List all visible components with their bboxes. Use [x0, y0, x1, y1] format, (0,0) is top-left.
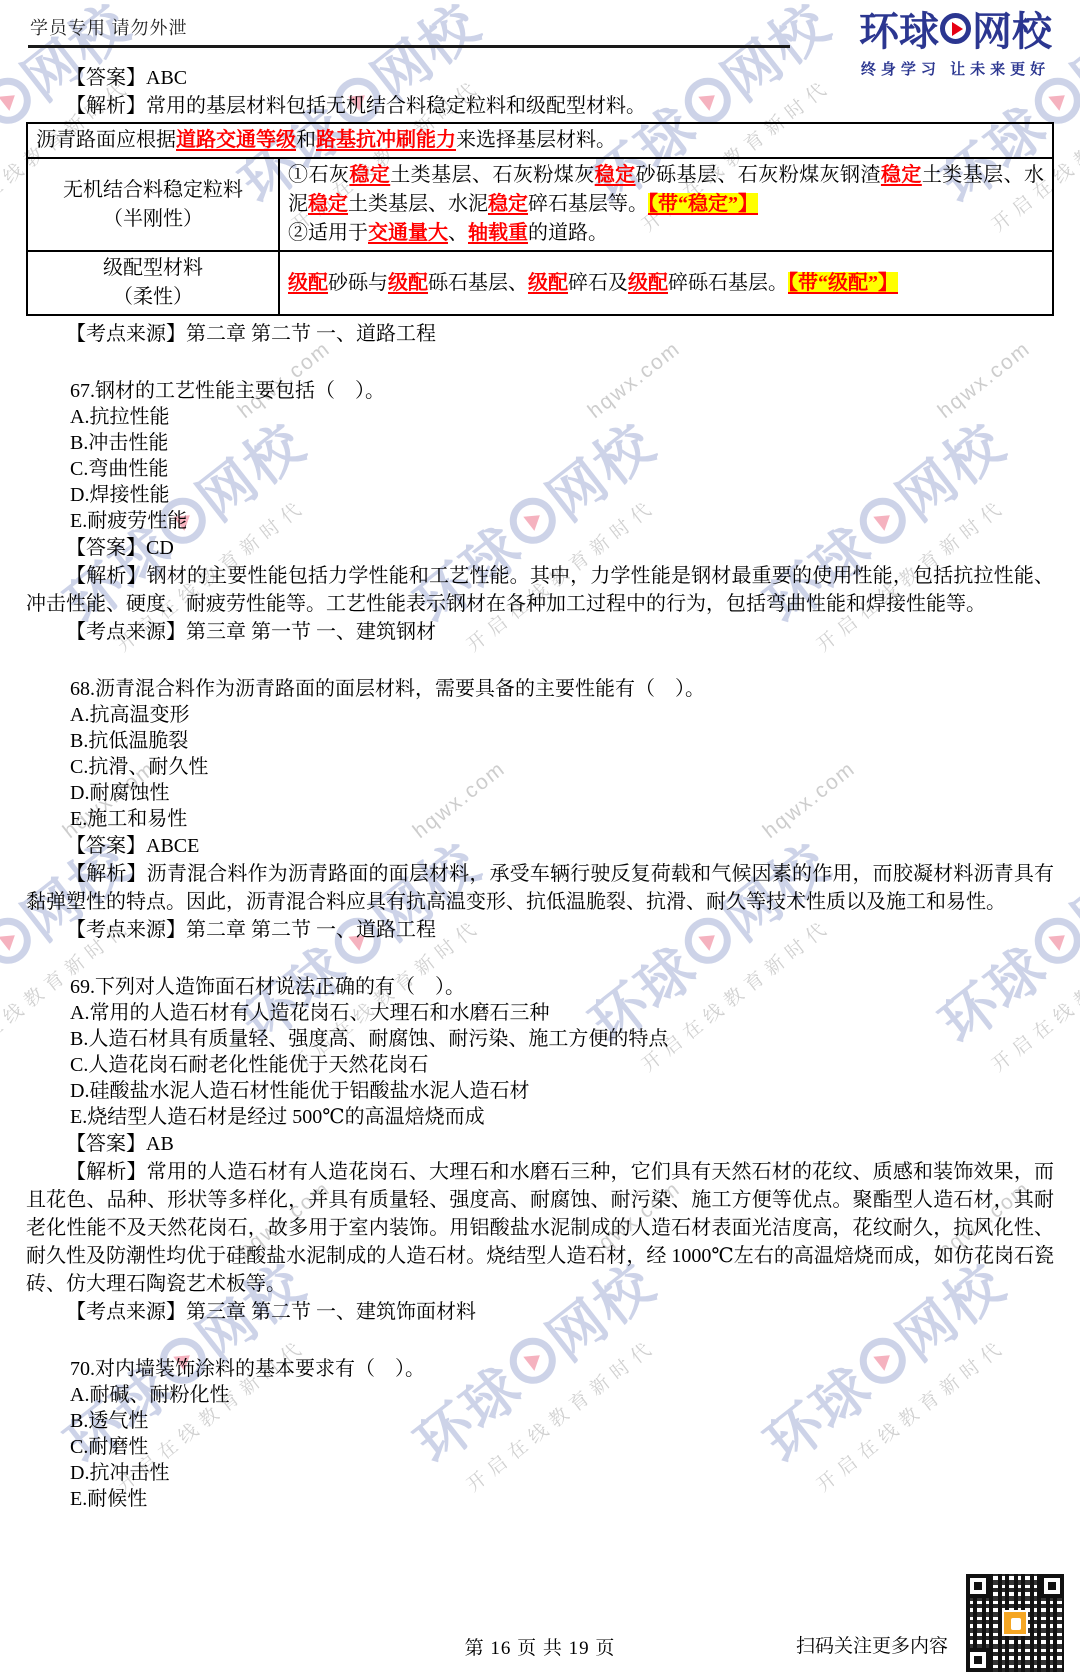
detail-cell: 级配砂砾与级配砾石基层、级配碎石及级配碎砾石基层。【带“级配”】 [279, 251, 1053, 315]
answer-label: 【答案】 [66, 1133, 146, 1155]
answer-line: 【答案】ABCE [26, 832, 1054, 860]
option-b: B.冲击性能 [70, 430, 1054, 456]
question-67: 67.钢材的工艺性能主要包括（ ）。 A.抗拉性能 B.冲击性能 C.弯曲性能 … [26, 378, 1054, 646]
qr-caption: 扫码关注更多内容 [796, 1631, 948, 1658]
option-c: C.抗滑、耐久性 [70, 754, 1054, 780]
category-name: 无机结合料稳定粒料 [36, 176, 270, 205]
option-b: B.人造石材具有质量轻、强度高、耐腐蚀、耐污染、施工方便的特点 [70, 1026, 1054, 1052]
source-line: 【考点来源】第二章 第二节 一、道路工程 [26, 320, 1054, 348]
option-e: E.耐疲劳性能 [70, 508, 1054, 534]
option-a: A.常用的人造石材有人造花岗石、大理石和水磨石三种 [70, 1000, 1054, 1026]
source-label: 【考点来源】 [66, 919, 186, 941]
table-header-cell: 沥青路面应根据道路交通等级和路基抗冲刷能力来选择基层材料。 [27, 123, 1053, 158]
answer-label: 【答案】 [66, 835, 146, 857]
source-label: 【考点来源】 [66, 323, 186, 345]
analysis-line: 【解析】常用的人造石材有人造花岗石、大理石和水磨石三种，它们具有天然石材的花纹、… [26, 1158, 1054, 1298]
analysis-line: 【解析】常用的基层材料包括无机结合料稳定粒料和级配型材料。 [26, 92, 1054, 120]
page-header: 学员专用 请勿外泄 环球 网校 终身学习 让未来更好 [26, 0, 1054, 64]
qr-logo-center-icon [1002, 1610, 1028, 1636]
analysis-line: 【解析】沥青混合料作为沥青路面的面层材料，承受车辆行驶反复荷载和气候因素的作用，… [26, 860, 1054, 916]
option-e: E.耐候性 [70, 1486, 1054, 1512]
play-icon [940, 13, 971, 44]
answer-line: 【答案】CD [26, 534, 1054, 562]
category-note: （柔性） [36, 283, 270, 312]
logo-text-left: 环球 [859, 0, 939, 57]
source-label: 【考点来源】 [66, 1301, 186, 1323]
source-text: 第二章 第二节 一、道路工程 [186, 919, 436, 941]
option-c: C.人造花岗石耐老化性能优于天然花岗石 [70, 1052, 1054, 1078]
answer-value: ABC [146, 67, 187, 89]
answer-value: ABCE [146, 835, 199, 857]
qr-finder-icon [966, 1574, 990, 1598]
category-cell: 无机结合料稳定粒料 （半刚性） [27, 158, 279, 251]
analysis-label: 【解析】 [66, 1161, 147, 1183]
analysis-text: 常用的人造石材有人造花岗石、大理石和水磨石三种，它们具有天然石材的花纹、质感和装… [26, 1161, 1054, 1295]
option-a: A.抗高温变形 [70, 702, 1054, 728]
table-row: 沥青路面应根据道路交通等级和路基抗冲刷能力来选择基层材料。 [27, 123, 1053, 158]
source-text: 第二章 第二节 一、道路工程 [186, 323, 436, 345]
category-cell: 级配型材料 （柔性） [27, 251, 279, 315]
analysis-text: 钢材的主要性能包括力学性能和工艺性能。其中，力学性能是钢材最重要的使用性能，包括… [26, 565, 1054, 615]
answer-line: 【答案】AB [26, 1130, 1054, 1158]
source-line: 【考点来源】第三章 第一节 一、建筑钢材 [26, 618, 1054, 646]
category-note: （半刚性） [36, 205, 270, 234]
hqwx-logo: 环球 网校 终身学习 让未来更好 [859, 0, 1052, 79]
option-a: A.耐碱、耐粉化性 [70, 1382, 1054, 1408]
question-69: 69.下列对人造饰面石材说法正确的有（ ）。 A.常用的人造石材有人造花岗石、大… [26, 974, 1054, 1326]
option-d: D.硅酸盐水泥人造石材性能优于铝酸盐水泥人造石材 [70, 1078, 1054, 1104]
option-c: C.耐磨性 [70, 1434, 1054, 1460]
analysis-text: 常用的基层材料包括无机结合料稳定粒料和级配型材料。 [146, 95, 646, 117]
question-text: 69.下列对人造饰面石材说法正确的有（ ）。 [70, 974, 1054, 1000]
option-d: D.耐腐蚀性 [70, 780, 1054, 806]
source-text: 第三章 第二节 一、建筑饰面材料 [186, 1301, 476, 1323]
option-e: E.烧结型人造石材是经过 500℃的高温焙烧而成 [70, 1104, 1054, 1130]
question-text: 68.沥青混合料作为沥青路面的面层材料，需要具备的主要性能有（ ）。 [70, 676, 1054, 702]
detail-line: ①石灰稳定土类基层、石灰粉煤灰稳定砂砾基层、石灰粉煤灰钢渣稳定土类基层、水泥稳定… [288, 161, 1044, 219]
base-material-table: 沥青路面应根据道路交通等级和路基抗冲刷能力来选择基层材料。 无机结合料稳定粒料 … [26, 122, 1054, 316]
category-name: 级配型材料 [36, 254, 270, 283]
option-d: D.抗冲击性 [70, 1460, 1054, 1486]
option-b: B.透气性 [70, 1408, 1054, 1434]
answer-label: 【答案】 [66, 537, 146, 559]
question-70: 70.对内墙装饰涂料的基本要求有（ ）。 A.耐碱、耐粉化性 B.透气性 C.耐… [26, 1356, 1054, 1512]
analysis-label: 【解析】 [66, 863, 147, 885]
option-b: B.抗低温脆裂 [70, 728, 1054, 754]
analysis-line: 【解析】钢材的主要性能包括力学性能和工艺性能。其中，力学性能是钢材最重要的使用性… [26, 562, 1054, 618]
logo-wordmark: 环球 网校 [859, 0, 1052, 57]
question-text: 67.钢材的工艺性能主要包括（ ）。 [70, 378, 1054, 404]
qr-finder-icon [1040, 1574, 1064, 1598]
option-a: A.抗拉性能 [70, 404, 1054, 430]
question-text: 70.对内墙装饰涂料的基本要求有（ ）。 [70, 1356, 1054, 1382]
qr-finder-icon [966, 1648, 990, 1672]
qr-code [966, 1574, 1064, 1672]
option-d: D.焊接性能 [70, 482, 1054, 508]
analysis-label: 【解析】 [66, 95, 146, 117]
table-row: 级配型材料 （柔性） 级配砂砾与级配砾石基层、级配碎石及级配碎砾石基层。【带“级… [27, 251, 1053, 315]
header-rule [28, 45, 790, 48]
source-text: 第三章 第一节 一、建筑钢材 [186, 621, 436, 643]
table-row: 无机结合料稳定粒料 （半刚性） ①石灰稳定土类基层、石灰粉煤灰稳定砂砾基层、石灰… [27, 158, 1053, 251]
confidential-note: 学员专用 请勿外泄 [30, 14, 188, 40]
source-line: 【考点来源】第二章 第二节 一、道路工程 [26, 916, 1054, 944]
detail-cell: ①石灰稳定土类基层、石灰粉煤灰稳定砂砾基层、石灰粉煤灰钢渣稳定土类基层、水泥稳定… [279, 158, 1053, 251]
source-line: 【考点来源】第三章 第二节 一、建筑饰面材料 [26, 1298, 1054, 1326]
answer-value: CD [146, 537, 174, 559]
detail-line: ②适用于交通量大、轴载重的道路。 [288, 219, 1044, 248]
document-page: 环球网校hqwx.com开启在线教育新时代环球网校hqwx.com开启在线教育新… [0, 0, 1080, 1674]
logo-text-right: 网校 [972, 0, 1052, 57]
page-content: 学员专用 请勿外泄 环球 网校 终身学习 让未来更好 【答案】ABC 【解析】常… [0, 0, 1080, 1512]
detail-line: 级配砂砾与级配砾石基层、级配碎石及级配碎砾石基层。【带“级配”】 [288, 269, 1044, 298]
option-c: C.弯曲性能 [70, 456, 1054, 482]
answer-value: AB [146, 1133, 174, 1155]
analysis-label: 【解析】 [66, 565, 147, 587]
answer-label: 【答案】 [66, 67, 146, 89]
source-label: 【考点来源】 [66, 621, 186, 643]
question-68: 68.沥青混合料作为沥青路面的面层材料，需要具备的主要性能有（ ）。 A.抗高温… [26, 676, 1054, 944]
option-e: E.施工和易性 [70, 806, 1054, 832]
analysis-text: 沥青混合料作为沥青路面的面层材料，承受车辆行驶反复荷载和气候因素的作用，而胶凝材… [26, 863, 1054, 913]
logo-tagline: 终身学习 让未来更好 [859, 58, 1052, 79]
